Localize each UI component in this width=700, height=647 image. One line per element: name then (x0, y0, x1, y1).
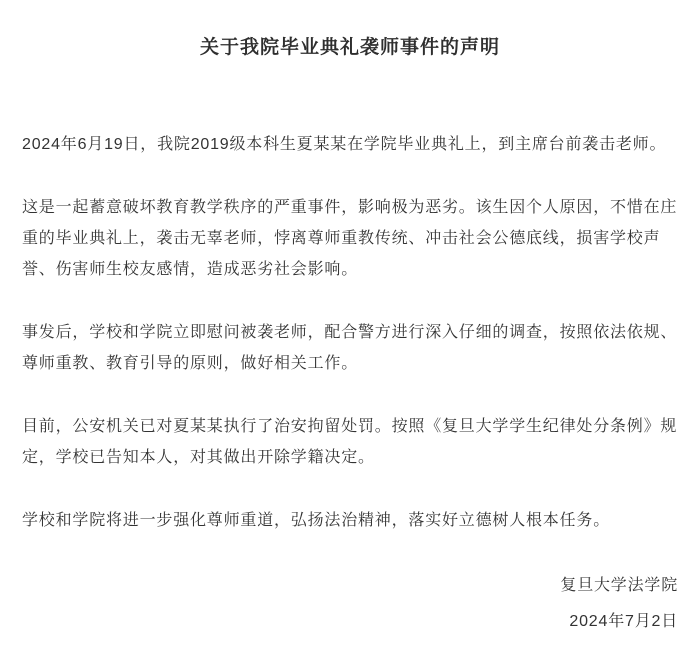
statement-paragraph-incident: 2024年6月19日，我院2019级本科生夏某某在学院毕业典礼上，到主席台前袭击… (22, 129, 678, 160)
signature-date: 2024年7月2日 (22, 604, 678, 640)
statement-title: 关于我院毕业典礼袭师事件的声明 (22, 34, 678, 61)
signature-org: 复旦大学法学院 (22, 568, 678, 604)
statement-paragraph-response: 事发后，学校和学院立即慰问被袭老师，配合警方进行深入仔细的调查，按照依法依规、尊… (22, 317, 678, 379)
statement-paragraph-condemnation: 这是一起蓄意破坏教育教学秩序的严重事件，影响极为恶劣。该生因个人原因，不惜在庄重… (22, 192, 678, 285)
statement-paragraph-punishment: 目前，公安机关已对夏某某执行了治安拘留处罚。按照《复旦大学学生纪律处分条例》规定… (22, 411, 678, 473)
statement-paragraph-closing: 学校和学院将进一步强化尊师重道，弘扬法治精神，落实好立德树人根本任务。 (22, 505, 678, 536)
signature-block: 复旦大学法学院 2024年7月2日 (22, 568, 678, 640)
statement-body: 2024年6月19日，我院2019级本科生夏某某在学院毕业典礼上，到主席台前袭击… (22, 129, 678, 536)
statement-document: 关于我院毕业典礼袭师事件的声明 2024年6月19日，我院2019级本科生夏某某… (0, 0, 700, 647)
